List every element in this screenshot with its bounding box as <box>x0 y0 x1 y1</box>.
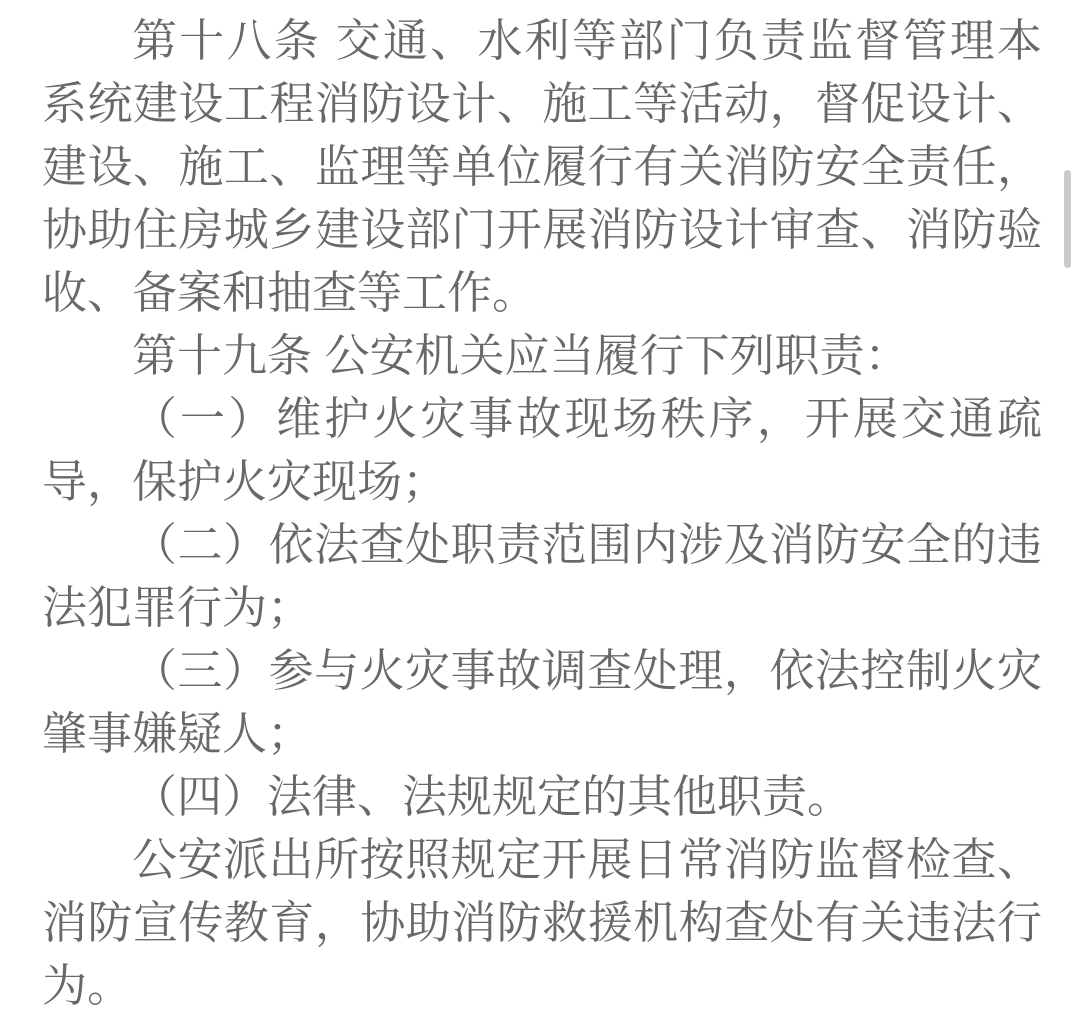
text-line: 协助住房城乡建设部门开展消防设计审查、消防验 <box>42 198 1042 261</box>
text-line: 公安派出所按照规定开展日常消防监督检查、 <box>42 828 1042 891</box>
text-line: （四）法律、法规规定的其他职责。 <box>42 765 1042 828</box>
text-line: （二）依法查处职责范围内涉及消防安全的违 <box>42 513 1042 576</box>
text-line: 第十八条 交通、水利等部门负责监督管理本 <box>42 9 1042 72</box>
text-line: 消防宣传教育，协助消防救援机构查处有关违法行 <box>42 891 1042 954</box>
text-line: 系统建设工程消防设计、施工等活动，督促设计、 <box>42 72 1042 135</box>
text-line: 为。 <box>42 954 1042 1017</box>
text-line: 第十九条 公安机关应当履行下列职责： <box>42 324 1042 387</box>
text-line: 导，保护火灾现场； <box>42 450 1042 513</box>
text-line: 肇事嫌疑人； <box>42 702 1042 765</box>
text-line: 建设、施工、监理等单位履行有关消防安全责任， <box>42 135 1042 198</box>
scrollbar-thumb[interactable] <box>1064 170 1071 268</box>
text-line: （一）维护火灾事故现场秩序，开展交通疏 <box>42 387 1042 450</box>
text-line: 收、备案和抽查等工作。 <box>42 261 1042 324</box>
text-line: 法犯罪行为； <box>42 576 1042 639</box>
document-page: 第十八条 交通、水利等部门负责监督管理本 系统建设工程消防设计、施工等活动，督促… <box>42 9 1042 1017</box>
text-line: （三）参与火灾事故调查处理，依法控制火灾 <box>42 639 1042 702</box>
